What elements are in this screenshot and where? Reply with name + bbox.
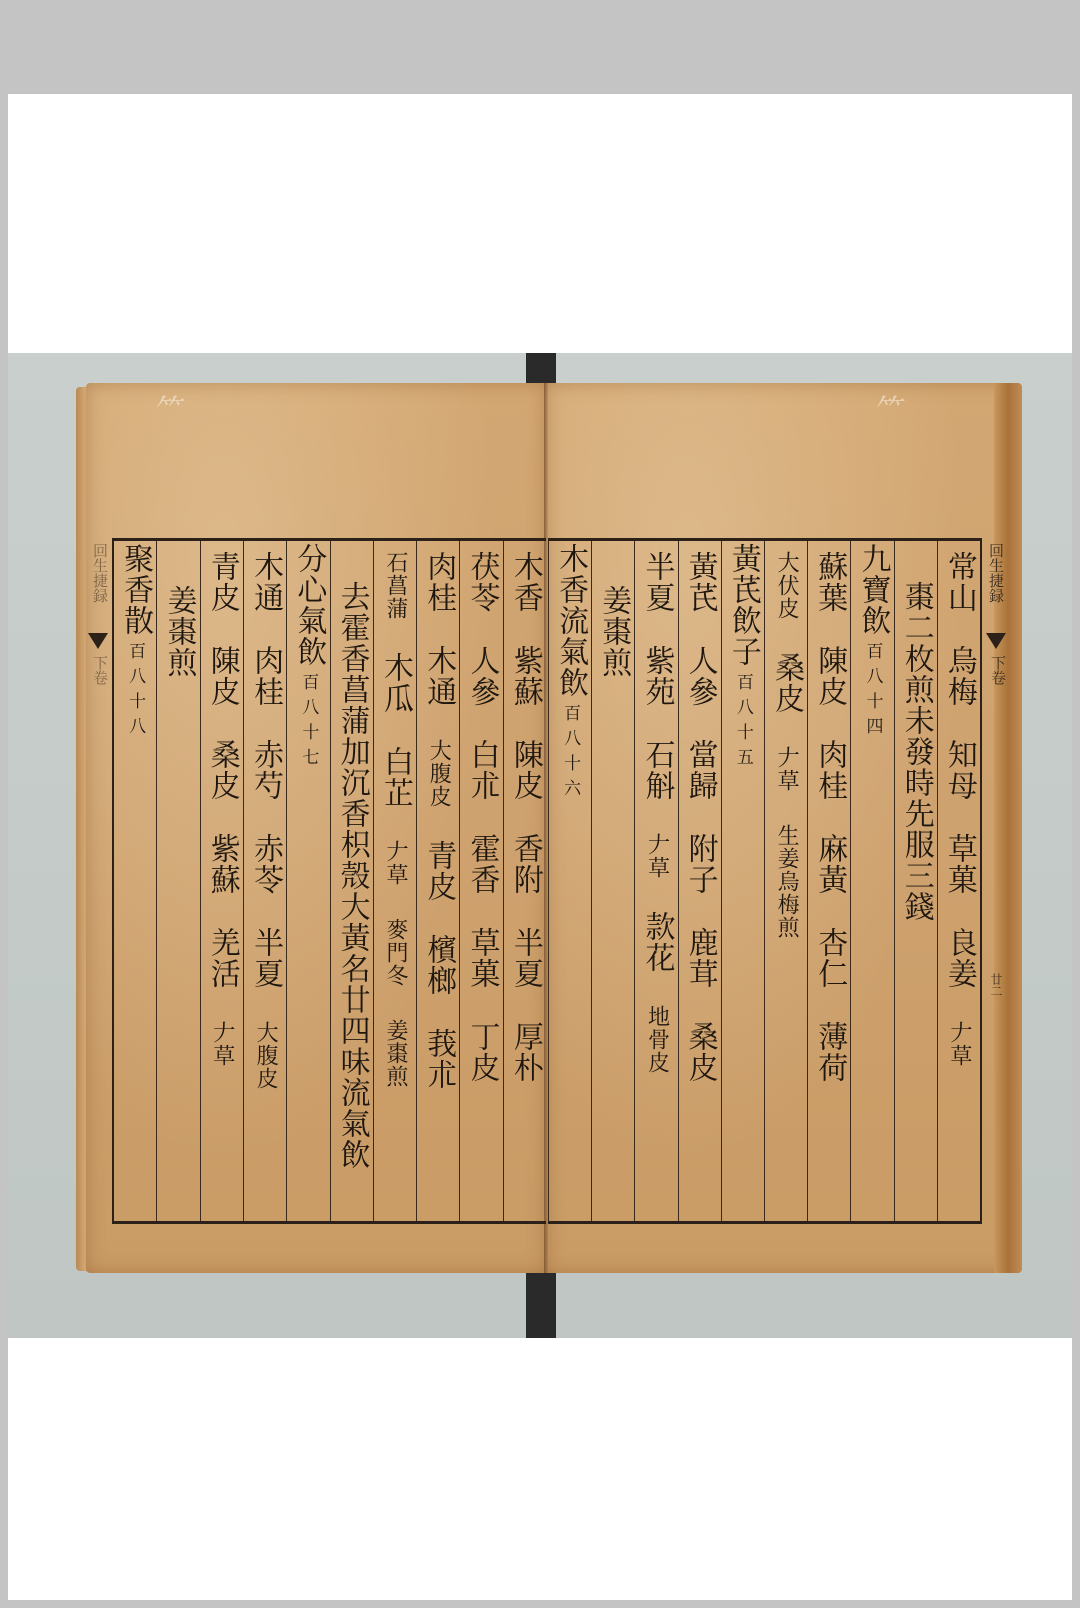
ingredient: 莪朮 (423, 1028, 453, 1090)
text-column: 肉桂木通大腹皮青皮檳榔莪朮 (416, 541, 459, 1221)
text-column: 木通肉桂赤芍赤苓半夏大腹皮 (243, 541, 286, 1221)
right-page-columns: 常山烏梅知母草菓良姜𠂇草棗二枚煎未發時先服三錢九寶飲百八十四蘇葉陳皮肉桂麻黃杏仁… (548, 541, 980, 1221)
ingredient: 厚朴 (510, 1021, 540, 1083)
ingredient: 半夏 (641, 551, 671, 613)
ingredient-list: 蘇葉陳皮肉桂麻黃杏仁薄荷 (814, 541, 844, 1221)
ingredient: 青皮 (207, 551, 237, 613)
ingredient: 麥門冬 (384, 918, 406, 987)
ingredient: 木瓜 (380, 652, 410, 714)
ingredient: 大腹皮 (254, 1021, 276, 1090)
ingredient: 桑皮 (771, 652, 801, 714)
recipe-title: 黃芪飲子 (728, 543, 758, 667)
ingredient: 半夏 (250, 927, 280, 989)
text-column: 黃芪飲子百八十五 (721, 541, 764, 1221)
ingredient-list: 木香紫蘇陳皮香附半夏厚朴 (510, 541, 540, 1221)
recipe-title: 分心氣飲 (293, 543, 323, 667)
ingredient: 鹿茸 (685, 927, 715, 989)
ingredient: 𠂇草 (211, 1021, 233, 1067)
ingredient-list: 石菖蒲木瓜白芷𠂇草麥門冬姜棗煎 (380, 541, 410, 1221)
ingredient: 大伏皮 (775, 551, 797, 620)
ingredient: 麻黃 (814, 833, 844, 895)
ingredient-list: 黃芪人參當歸附子鹿茸桑皮 (685, 541, 715, 1221)
text-column: 半夏紫苑石斛𠂇草款花地骨皮 (634, 541, 677, 1221)
text-column: 木香流氣飲百八十六 (548, 541, 591, 1221)
recipe-heading: 分心氣飲百八十七 (293, 541, 323, 1221)
right-margin-volume: 下卷 (990, 655, 1005, 685)
ingredient: 白芷 (380, 746, 410, 808)
ingredient: 𠂇草 (645, 833, 667, 879)
ingredient: 黃芪 (685, 551, 715, 613)
ingredient: 丁皮 (467, 1021, 497, 1083)
text-column: 分心氣飲百八十七 (286, 541, 329, 1221)
ingredient: 草菓 (467, 927, 497, 989)
fish-tail-mark-icon (986, 633, 1006, 649)
ingredient: 知母 (944, 739, 974, 801)
ingredient: 紫蘇 (510, 645, 540, 707)
ingredient: 木通 (250, 551, 280, 613)
preparation-instruction: 姜棗煎 (598, 541, 628, 1221)
ingredient: 桑皮 (207, 739, 237, 801)
right-margin-title: 回生捷録 (988, 543, 1003, 603)
book-right-edge (994, 383, 1022, 1273)
ingredient: 良姜 (944, 927, 974, 989)
text-column: 姜棗煎 (156, 541, 199, 1221)
text-column: 聚香散百八十八 (114, 541, 156, 1221)
ingredient: 白朮 (467, 739, 497, 801)
ingredient: 烏梅 (944, 645, 974, 707)
ingredient: 青皮 (423, 840, 453, 902)
recipe-number: 百八十八 (126, 636, 143, 742)
recipe-number: 百八十五 (734, 667, 751, 773)
ingredient-list: 青皮陳皮桑皮紫蘇羌活𠂇草 (207, 541, 237, 1221)
ingredient: 姜棗煎 (384, 1019, 406, 1088)
ingredient: 赤芍 (250, 739, 280, 801)
text-column: 去霍香菖蒲加沉香枳殼大黃名廿四味流氣飲 (330, 541, 373, 1221)
instruction-text: 去霍香菖蒲加沉香枳殼大黃名廿四味流氣飲 (337, 581, 367, 1170)
recipe-number: 百八十四 (863, 636, 880, 742)
viewer-bottom-band (8, 1338, 1072, 1600)
text-column: 常山烏梅知母草菓良姜𠂇草 (937, 541, 980, 1221)
ingredient: 赤苓 (250, 833, 280, 895)
left-margin-title: 回生捷録 (92, 543, 107, 603)
recipe-heading: 九寶飲百八十四 (857, 541, 887, 1221)
ingredient: 石斛 (641, 739, 671, 801)
ingredient: 附子 (685, 833, 715, 895)
ingredient: 石菖蒲 (384, 551, 406, 620)
ingredient: 蘇葉 (814, 551, 844, 613)
right-margin-page-number: 廿二 (990, 973, 1002, 997)
text-column: 茯苓人參白朮霍香草菓丁皮 (459, 541, 502, 1221)
recipe-heading: 木香流氣飲百八十六 (555, 541, 585, 1221)
ingredient: 木通 (423, 645, 453, 707)
ingredient: 霍香 (467, 833, 497, 895)
ingredient: 薄荷 (814, 1021, 844, 1083)
ingredient: 肉桂 (814, 739, 844, 801)
text-column: 棗二枚煎未發時先服三錢 (894, 541, 937, 1221)
ingredient: 人參 (467, 645, 497, 707)
instruction-text: 姜棗煎 (163, 585, 193, 678)
ingredient: 杏仁 (814, 927, 844, 989)
left-page-text-frame: 木香紫蘇陳皮香附半夏厚朴茯苓人參白朮霍香草菓丁皮肉桂木通大腹皮青皮檳榔莪朮石菖蒲… (112, 538, 546, 1224)
viewer-top-band (8, 94, 1072, 353)
paper-stain: ⺮ (876, 385, 906, 429)
ingredient-list: 肉桂木通大腹皮青皮檳榔莪朮 (423, 541, 453, 1221)
ingredient: 桑皮 (685, 1021, 715, 1083)
ingredient: 香附 (510, 833, 540, 895)
recipe-heading: 聚香散百八十八 (120, 541, 150, 1221)
text-column: 青皮陳皮桑皮紫蘇羌活𠂇草 (200, 541, 243, 1221)
ingredient: 款花 (641, 911, 671, 973)
ingredient: 地骨皮 (645, 1005, 667, 1074)
recipe-heading: 黃芪飲子百八十五 (728, 541, 758, 1221)
ingredient: 草菓 (944, 833, 974, 895)
ingredient: 檳榔 (423, 934, 453, 996)
ingredient: 木香 (510, 551, 540, 613)
text-column: 蘇葉陳皮肉桂麻黃杏仁薄荷 (807, 541, 850, 1221)
left-margin-volume: 下卷 (92, 655, 107, 685)
ingredient: 紫蘇 (207, 833, 237, 895)
ingredient-list: 木通肉桂赤芍赤苓半夏大腹皮 (250, 541, 280, 1221)
ingredient: 人參 (685, 645, 715, 707)
text-column: 九寶飲百八十四 (850, 541, 893, 1221)
recipe-number: 百八十七 (299, 667, 316, 773)
ingredient: 常山 (944, 551, 974, 613)
recipe-title: 木香流氣飲 (555, 543, 585, 698)
book-photo: ⺮ ⺮ 常山烏梅知母草菓良姜𠂇草棗二枚煎未發時先服三錢九寶飲百八十四蘇葉陳皮肉桂… (8, 353, 1072, 1338)
preparation-instruction: 棗二枚煎未發時先服三錢 (901, 541, 931, 1221)
text-column: 姜棗煎 (591, 541, 634, 1221)
ingredient-list: 半夏紫苑石斛𠂇草款花地骨皮 (641, 541, 671, 1221)
ingredient-list: 常山烏梅知母草菓良姜𠂇草 (944, 541, 974, 1221)
right-page-text-frame: 常山烏梅知母草菓良姜𠂇草棗二枚煎未發時先服三錢九寶飲百八十四蘇葉陳皮肉桂麻黃杏仁… (548, 538, 982, 1224)
open-book: ⺮ ⺮ 常山烏梅知母草菓良姜𠂇草棗二枚煎未發時先服三錢九寶飲百八十四蘇葉陳皮肉桂… (76, 383, 1022, 1273)
instruction-text: 棗二枚煎未發時先服三錢 (901, 581, 931, 922)
ingredient: 紫苑 (641, 645, 671, 707)
ingredient: 生姜烏梅煎 (775, 824, 797, 939)
text-column: 石菖蒲木瓜白芷𠂇草麥門冬姜棗煎 (373, 541, 416, 1221)
ingredient: 𠂇草 (775, 746, 797, 792)
ingredient: 半夏 (510, 927, 540, 989)
ingredient: 陳皮 (207, 645, 237, 707)
ingredient-list: 大伏皮桑皮𠂇草生姜烏梅煎 (771, 541, 801, 1221)
ingredient: 大腹皮 (427, 739, 449, 808)
instruction-text: 姜棗煎 (598, 585, 628, 678)
ingredient: 茯苓 (467, 551, 497, 613)
paper-stain: ⺮ (156, 385, 186, 429)
ingredient: 𠂇草 (948, 1021, 970, 1067)
ingredient: 當歸 (685, 739, 715, 801)
ingredient: 𠂇草 (384, 840, 406, 886)
ingredient: 肉桂 (250, 645, 280, 707)
ingredient: 陳皮 (814, 645, 844, 707)
text-column: 大伏皮桑皮𠂇草生姜烏梅煎 (764, 541, 807, 1221)
ingredient: 肉桂 (423, 551, 453, 613)
ingredient: 羌活 (207, 927, 237, 989)
text-column: 黃芪人參當歸附子鹿茸桑皮 (678, 541, 721, 1221)
ingredient: 陳皮 (510, 739, 540, 801)
preparation-instruction: 去霍香菖蒲加沉香枳殼大黃名廿四味流氣飲 (337, 541, 367, 1221)
ingredient-list: 茯苓人參白朮霍香草菓丁皮 (467, 541, 497, 1221)
fish-tail-mark-icon (88, 633, 108, 649)
preparation-instruction: 姜棗煎 (163, 541, 193, 1221)
recipe-number: 百八十六 (561, 698, 578, 804)
text-column: 木香紫蘇陳皮香附半夏厚朴 (503, 541, 546, 1221)
recipe-title: 聚香散 (120, 543, 150, 636)
left-page-columns: 木香紫蘇陳皮香附半夏厚朴茯苓人參白朮霍香草菓丁皮肉桂木通大腹皮青皮檳榔莪朮石菖蒲… (114, 541, 546, 1221)
recipe-title: 九寶飲 (857, 543, 887, 636)
